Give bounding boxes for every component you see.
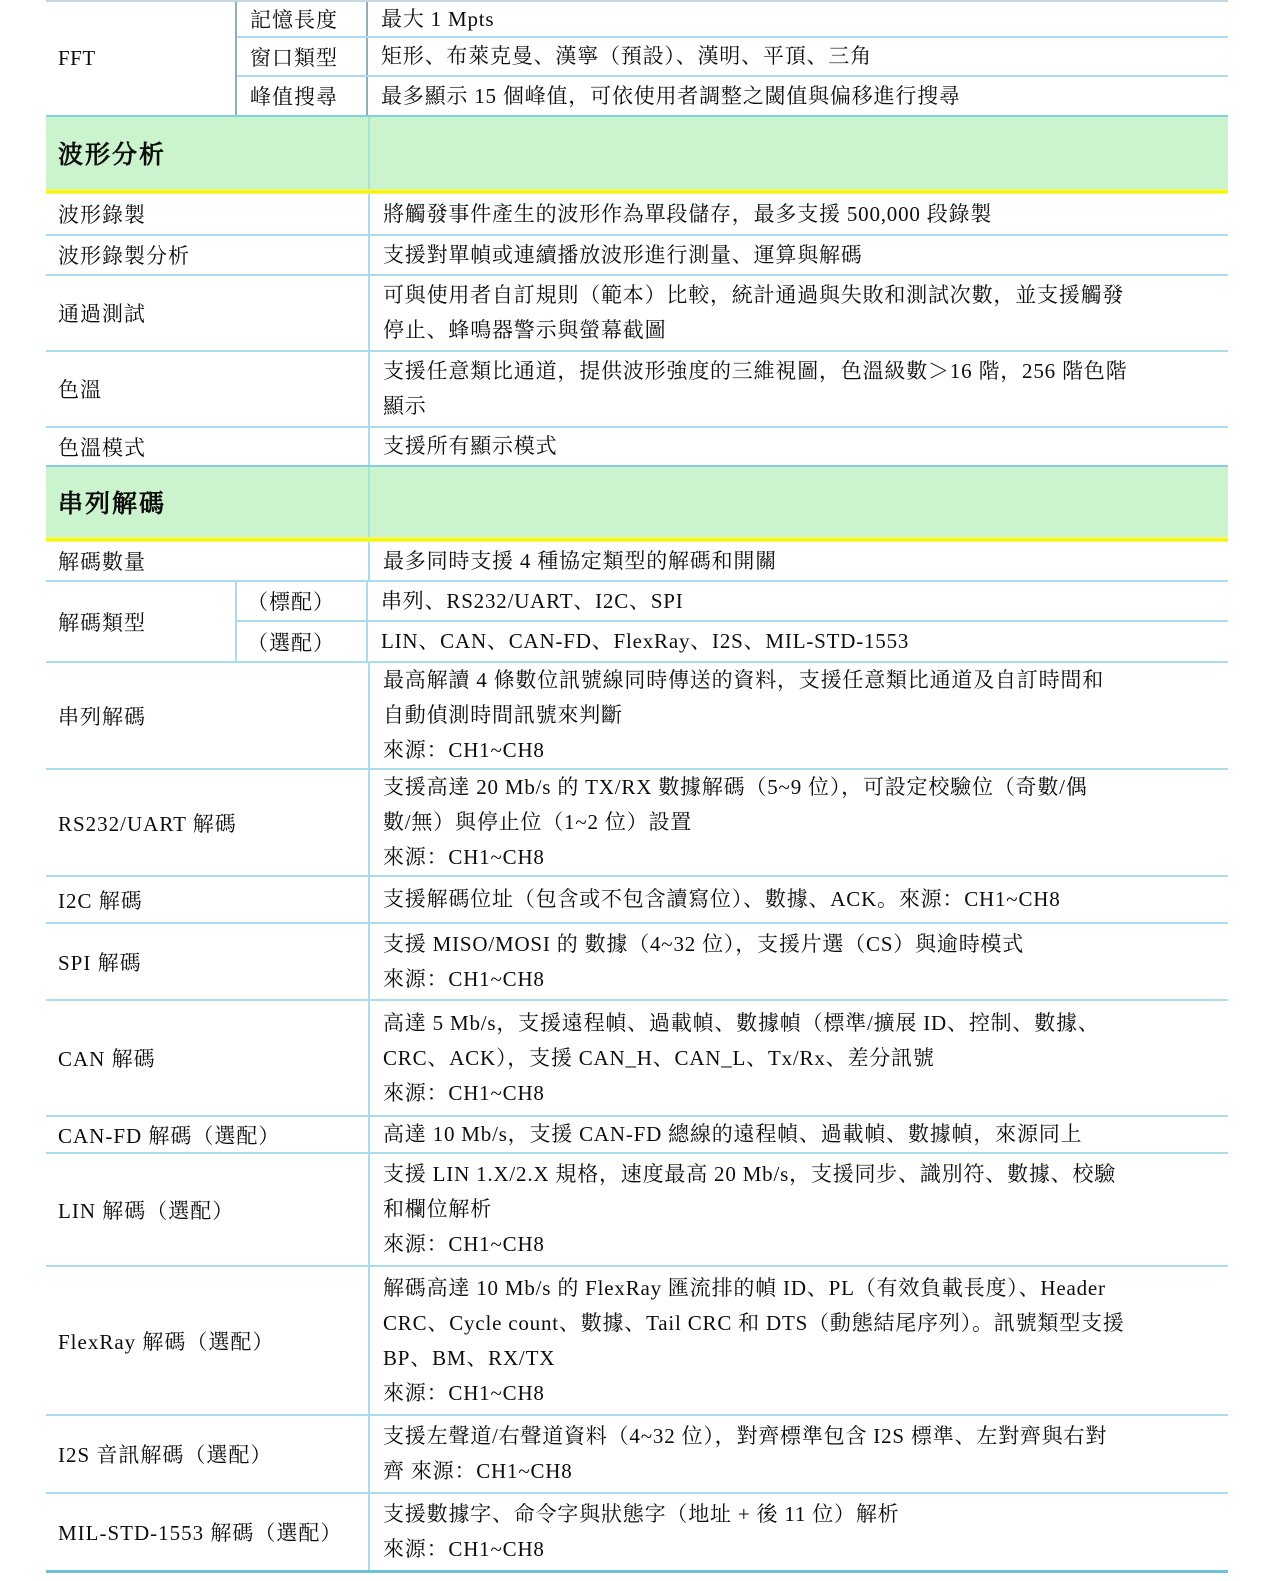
row-sub-label: （標配） [237,582,368,620]
row-content: 最多顯示 15 個峰值，可依使用者調整之閾值與偏移進行搜尋 [368,77,1228,115]
spec-row-serial-decode: 串列解碼 最高解讀 4 條數位訊號線同時傳送的資料，支援任意類比通道及自訂時間和… [46,663,1228,770]
row-sub-label: 窗口類型 [237,38,368,75]
spec-row-decode-type-optional: （選配） LIN、CAN、CAN-FD、FlexRay、I2S、MIL-STD-… [237,622,1228,661]
spec-row-mil-std-1553-decode: MIL-STD-1553 解碼（選配） 支援數據字、命令字與狀態字（地址 + 後… [46,1494,1228,1570]
spec-row-lin-decode: LIN 解碼（選配） 支援 LIN 1.X/2.X 規格，速度最高 20 Mb/… [46,1154,1228,1267]
spec-row-window-type: 窗口類型 矩形、布萊克曼、漢寧（預設）、漢明、平頂、三角 [237,38,1228,77]
row-sub-label: 記憶長度 [237,2,368,36]
row-label: I2C 解碼 [46,877,370,922]
spec-row-color-temperature: 色溫 支援任意類比通道，提供波形強度的三維視圖，色溫級數＞16 階，256 階色… [46,352,1228,428]
row-content: 高達 5 Mb/s，支援遠程幀、過載幀、數據幀（標準/擴展 ID、控制、數據、 … [370,1001,1228,1115]
row-content: 可與使用者自訂規則（範本）比較，統計通過與失敗和測試次數，並支援觸發 停止、蜂鳴… [370,276,1228,350]
oscilloscope-spec-table: FFT 記憶長度 最大 1 Mpts 窗口類型 矩形、布萊克曼、漢寧（預設）、漢… [46,0,1228,1573]
table-bottom-rule [46,1570,1228,1573]
row-label: CAN 解碼 [46,1001,370,1115]
row-content: 將觸發事件產生的波形作為單段儲存，最多支援 500,000 段錄製 [370,194,1228,234]
row-label-fft: FFT [46,2,237,115]
spec-row-spi-decode: SPI 解碼 支援 MISO/MOSI 的 數據（4~32 位），支援片選（CS… [46,924,1228,1001]
spec-row-decode-count: 解碼數量 最多同時支援 4 種協定類型的解碼和開關 [46,542,1228,582]
spec-row-i2s-decode: I2S 音訊解碼（選配） 支援左聲道/右聲道資料（4~32 位），對齊標準包含 … [46,1416,1228,1494]
row-label: MIL-STD-1553 解碼（選配） [46,1494,370,1570]
row-content: 支援 LIN 1.X/2.X 規格，速度最高 20 Mb/s，支援同步、識別符、… [370,1154,1228,1265]
row-sub-label: （選配） [237,622,368,661]
spec-row-waveform-record-analysis: 波形錄製分析 支援對單幀或連續播放波形進行測量、運算與解碼 [46,236,1228,276]
section-header-spacer [370,467,1228,537]
row-label: 串列解碼 [46,663,370,768]
section-header-spacer [370,117,1228,189]
row-content: 支援任意類比通道，提供波形強度的三維視圖，色溫級數＞16 階，256 階色階 顯… [370,352,1228,426]
spec-row-memory-length: 記憶長度 最大 1 Mpts [237,2,1228,38]
row-content: 最多同時支援 4 種協定類型的解碼和開關 [370,542,1228,580]
row-content: 支援高達 20 Mb/s 的 TX/RX 數據解碼（5~9 位），可設定校驗位（… [370,770,1228,875]
spec-row-waveform-record: 波形錄製 將觸發事件產生的波形作為單段儲存，最多支援 500,000 段錄製 [46,194,1228,236]
row-label: 波形錄製 [46,194,370,234]
row-label: 通過測試 [46,276,370,350]
row-content: 最高解讀 4 條數位訊號線同時傳送的資料，支援任意類比通道及自訂時間和 自動偵測… [370,663,1228,768]
spec-row-color-temperature-mode: 色溫模式 支援所有顯示模式 [46,428,1228,465]
row-label: 解碼類型 [46,582,237,661]
section-header-serial-decode: 串列解碼 [46,467,1228,537]
spec-row-can-fd-decode: CAN-FD 解碼（選配） 高達 10 Mb/s，支援 CAN-FD 總線的遠程… [46,1117,1228,1154]
spec-row-i2c-decode: I2C 解碼 支援解碼位址（包含或不包含讀寫位）、數據、ACK。來源：CH1~C… [46,877,1228,924]
spec-row-peak-search: 峰值搜尋 最多顯示 15 個峰值，可依使用者調整之閾值與偏移進行搜尋 [237,77,1228,115]
row-content: 串列、RS232/UART、I2C、SPI [368,582,1228,620]
row-content: 支援對單幀或連續播放波形進行測量、運算與解碼 [370,236,1228,274]
row-content: 高達 10 Mb/s，支援 CAN-FD 總線的遠程幀、過載幀、數據幀，來源同上 [370,1117,1228,1152]
spec-row-decode-type-standard: （標配） 串列、RS232/UART、I2C、SPI [237,582,1228,622]
section-header-waveform-analysis: 波形分析 [46,117,1228,189]
spec-row-flexray-decode: FlexRay 解碼（選配） 解碼高達 10 Mb/s 的 FlexRay 匯流… [46,1267,1228,1416]
row-label: SPI 解碼 [46,924,370,999]
row-content: 解碼高達 10 Mb/s 的 FlexRay 匯流排的幀 ID、PL（有效負載長… [370,1267,1228,1414]
row-label: CAN-FD 解碼（選配） [46,1117,370,1152]
spec-row-rs232-uart-decode: RS232/UART 解碼 支援高達 20 Mb/s 的 TX/RX 數據解碼（… [46,770,1228,877]
fft-spec-block: FFT 記憶長度 最大 1 Mpts 窗口類型 矩形、布萊克曼、漢寧（預設）、漢… [46,0,1228,115]
row-label: LIN 解碼（選配） [46,1154,370,1265]
spec-row-can-decode: CAN 解碼 高達 5 Mb/s，支援遠程幀、過載幀、數據幀（標準/擴展 ID、… [46,1001,1228,1117]
row-content: LIN、CAN、CAN-FD、FlexRay、I2S、MIL-STD-1553 [368,622,1228,661]
spec-row-decode-type: 解碼類型 （標配） 串列、RS232/UART、I2C、SPI （選配） LIN… [46,582,1228,663]
row-content: 支援所有顯示模式 [370,428,1228,465]
row-content: 支援解碼位址（包含或不包含讀寫位）、數據、ACK。來源：CH1~CH8 [370,877,1228,922]
row-content: 矩形、布萊克曼、漢寧（預設）、漢明、平頂、三角 [368,38,1228,75]
row-content: 支援 MISO/MOSI 的 數據（4~32 位），支援片選（CS）與逾時模式 … [370,924,1228,999]
row-content: 支援左聲道/右聲道資料（4~32 位），對齊標準包含 I2S 標準、左對齊與右對… [370,1416,1228,1492]
row-label: 波形錄製分析 [46,236,370,274]
row-label: FlexRay 解碼（選配） [46,1267,370,1414]
spec-row-pass-fail-test: 通過測試 可與使用者自訂規則（範本）比較，統計通過與失敗和測試次數，並支援觸發 … [46,276,1228,352]
section-title: 波形分析 [46,117,370,189]
row-label: RS232/UART 解碼 [46,770,370,875]
row-content: 最大 1 Mpts [368,2,1228,36]
row-label: 色溫 [46,352,370,426]
row-label: 色溫模式 [46,428,370,465]
section-title: 串列解碼 [46,467,370,537]
row-label: 解碼數量 [46,542,370,580]
row-content: 支援數據字、命令字與狀態字（地址 + 後 11 位）解析 來源：CH1~CH8 [370,1494,1228,1570]
row-label: I2S 音訊解碼（選配） [46,1416,370,1492]
row-sub-label: 峰值搜尋 [237,77,368,115]
